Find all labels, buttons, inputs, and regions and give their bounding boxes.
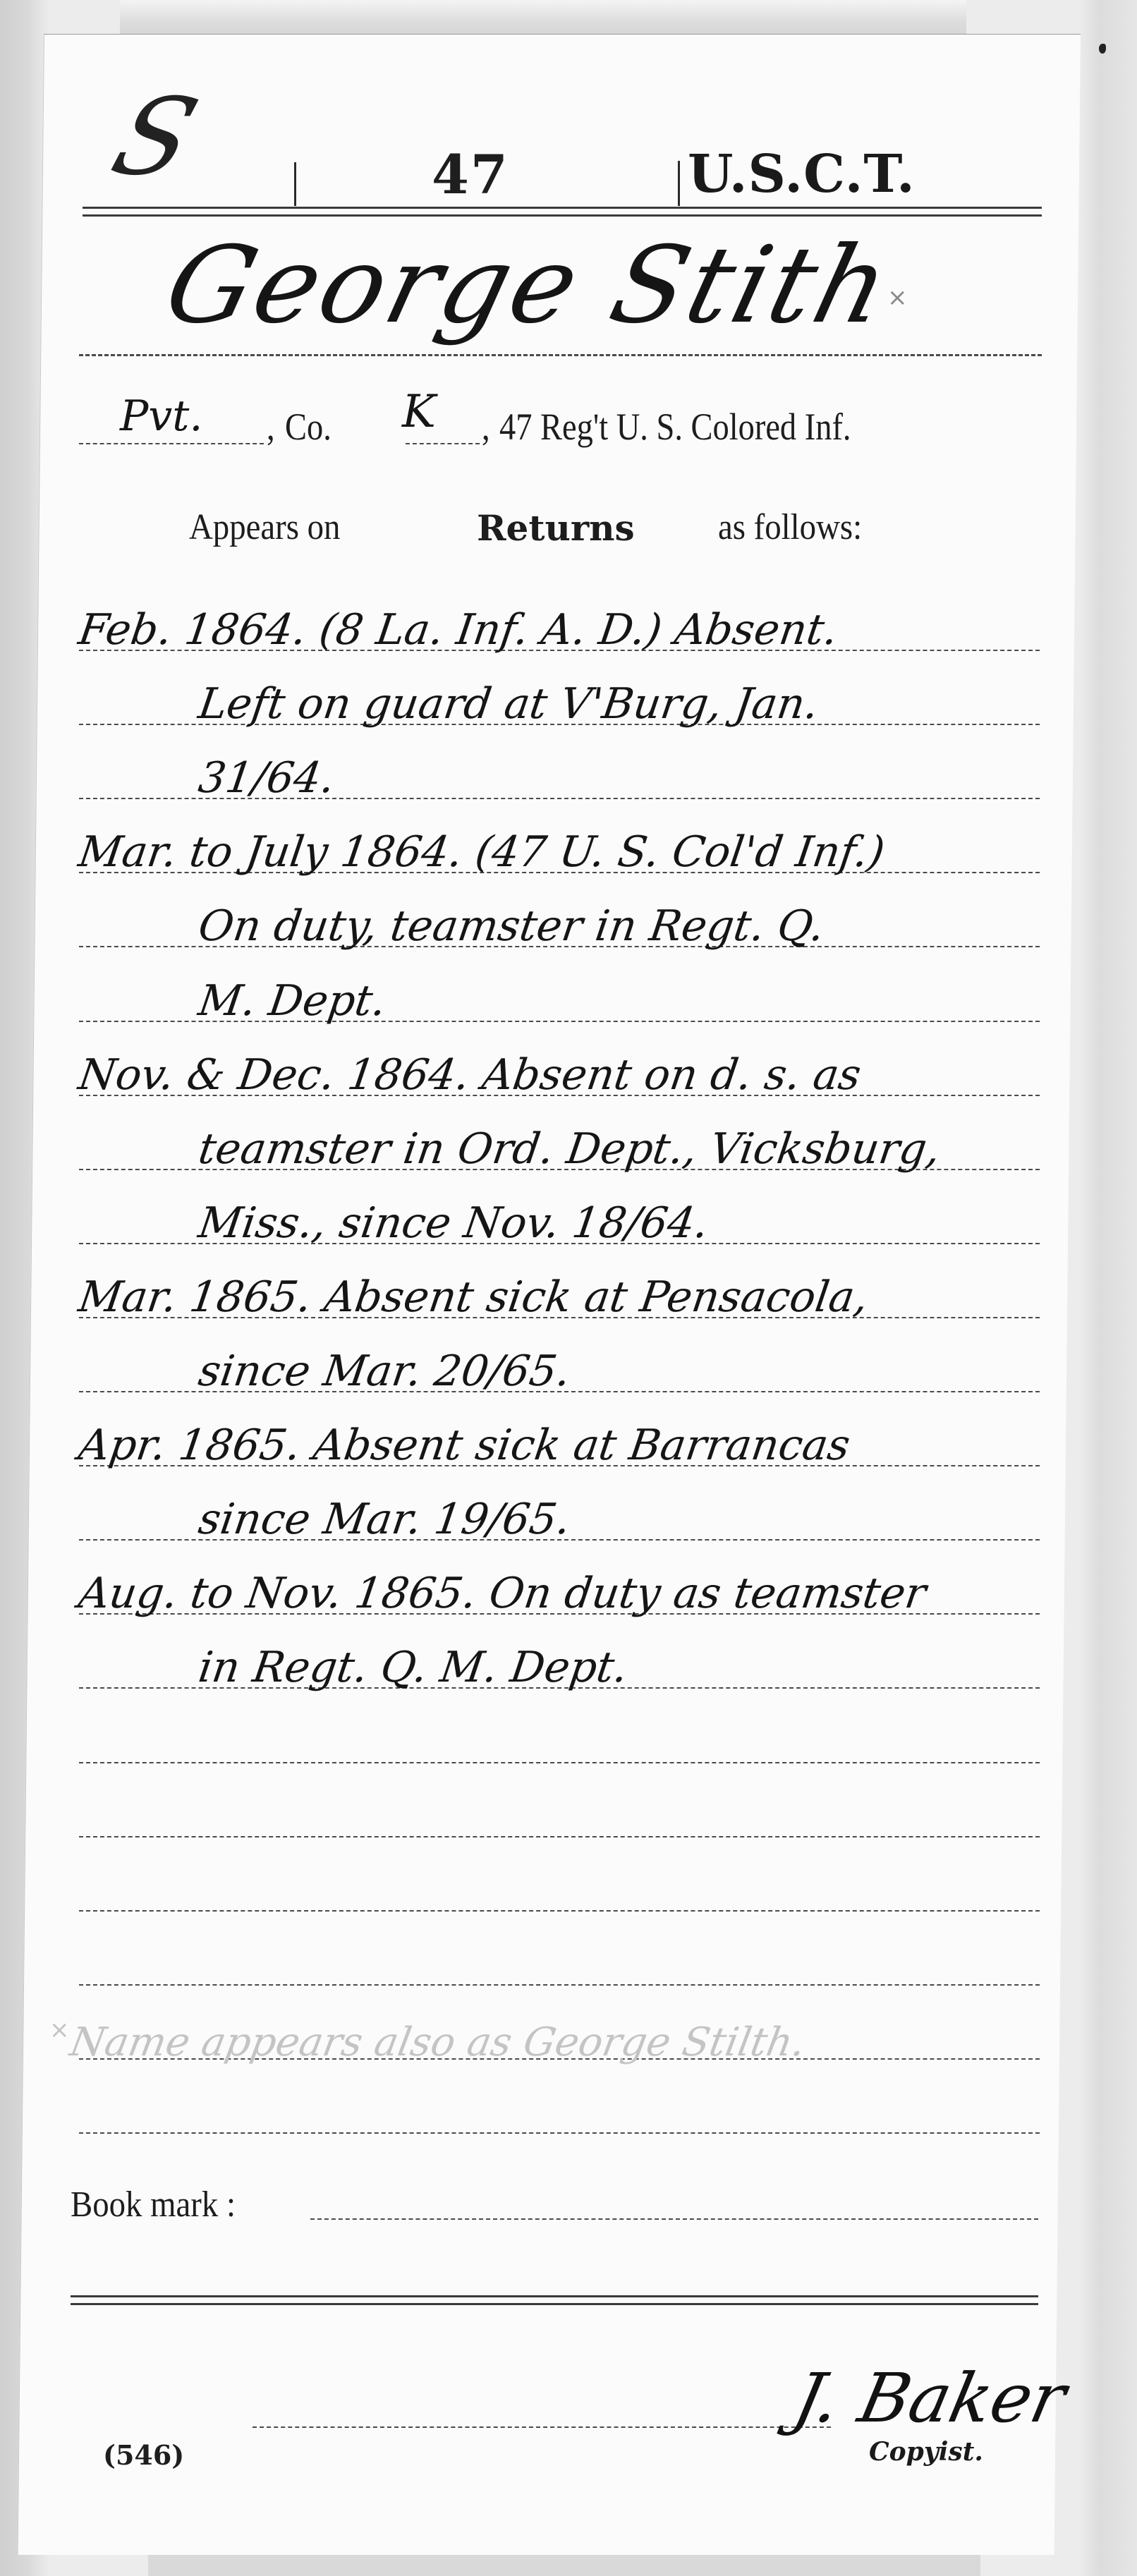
return-entry-line: 31/64.: [196, 757, 337, 799]
book-mark-label: Book mark :: [71, 2187, 236, 2223]
soldier-company: K: [402, 389, 436, 435]
return-entry-line: M. Dept.: [196, 980, 389, 1022]
form-number: (546): [103, 2442, 184, 2469]
return-entry-line: Mar. to July 1864. (47 U. S. Col'd Inf.): [76, 831, 887, 873]
record-type: Returns: [477, 511, 635, 546]
header-unit: U.S.C.T.: [688, 148, 916, 200]
soldier-rank: Pvt.: [120, 395, 202, 437]
scan-background-bottom: [148, 2555, 980, 2576]
footnote-mark: ×: [49, 2016, 70, 2044]
return-entry-line: Feb. 1864. (8 La. Inf. A. D.) Absent.: [76, 609, 841, 651]
signature-line: [253, 2426, 831, 2428]
appears-on-label: Appears on: [189, 509, 340, 546]
return-entry-line: in Regt. Q. M. Dept.: [196, 1646, 631, 1689]
ruled-line: [79, 1762, 1040, 1763]
as-follows-label: as follows:: [718, 509, 862, 546]
return-entry-line: teamster in Ord. Dept., Vicksburg,: [196, 1128, 943, 1170]
ruled-line: [79, 1910, 1040, 1912]
return-entry-line: Left on guard at V'Burg, Jan.: [196, 683, 821, 725]
copyist-label: Copyist.: [869, 2439, 983, 2465]
name-dotted-line: [79, 354, 1042, 356]
return-entry-line: Miss., since Nov. 18/64.: [196, 1202, 711, 1244]
header-regiment-number: 47: [432, 148, 509, 202]
return-entry-line: Nov. & Dec. 1864. Absent on d. s. as: [76, 1054, 863, 1096]
rank-comma: ,: [267, 408, 275, 446]
return-entry-line: On duty, teamster in Regt. Q.: [196, 905, 827, 947]
soldier-name: George Stith: [156, 233, 901, 339]
header-double-rule: [83, 207, 1042, 217]
copyist-signature: J. Baker: [789, 2364, 1071, 2432]
book-mark-field: [310, 2218, 1038, 2220]
header-divider: [294, 162, 296, 206]
return-entry-line: since Mar. 20/65.: [196, 1350, 573, 1392]
rank-dotted-field: [79, 443, 264, 444]
company-label: Co.: [285, 408, 332, 446]
header-divider: [678, 161, 680, 206]
scan-background-top: [120, 0, 966, 34]
corner-ink-dot: [1099, 44, 1106, 54]
name-footnote-mark: ×: [887, 284, 908, 312]
company-dotted-field: [406, 443, 480, 444]
ruled-line: [79, 1984, 1040, 1986]
return-entry-line: Apr. 1865. Absent sick at Barrancas: [76, 1424, 853, 1466]
return-entry-line: Mar. 1865. Absent sick at Pensacola,: [76, 1276, 871, 1318]
footer-double-rule: [71, 2295, 1038, 2305]
footnote-alias: Name appears also as George Stilth.: [67, 2023, 808, 2062]
ruled-line: [79, 2132, 1040, 2134]
return-entry-line: since Mar. 19/65.: [196, 1498, 573, 1541]
ruled-line: [79, 1836, 1040, 1837]
company-comma: ,: [482, 408, 490, 446]
regiment-text: 47 Reg't U. S. Colored Inf.: [499, 408, 851, 446]
return-entry-line: Aug. to Nov. 1865. On duty as teamster: [76, 1572, 929, 1615]
